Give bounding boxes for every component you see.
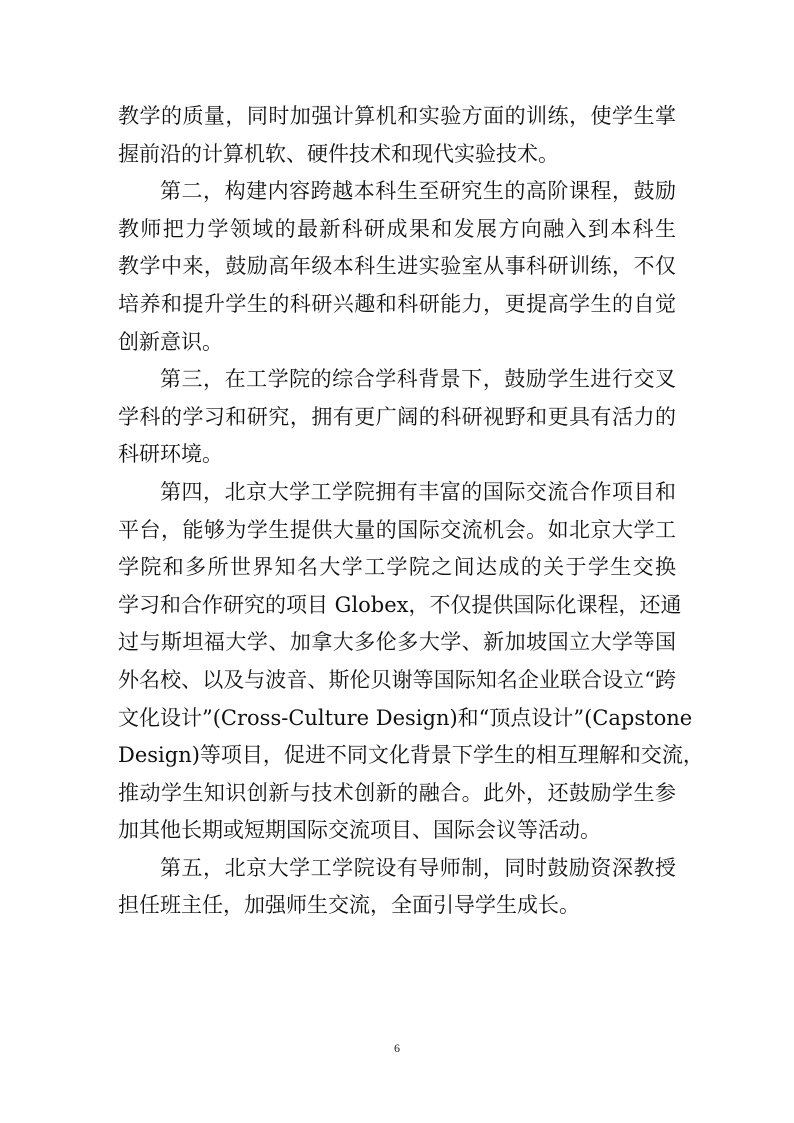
text-line: 教学中来，鼓励高年级本科生进实验室从事科研训练，不仅: [118, 248, 676, 286]
text-line: 第四，北京大学工学院拥有丰富的国际交流合作项目和: [118, 474, 676, 512]
text-line: 学习和合作研究的项目 Globex，不仅提供国际化课程，还通: [118, 587, 676, 625]
text-line: 握前沿的计算机软、硬件技术和现代实验技术。: [118, 136, 676, 174]
text-line: 培养和提升学生的科研兴趣和科研能力，更提高学生的自觉: [118, 286, 676, 324]
text-line: 教学的质量，同时加强计算机和实验方面的训练，使学生掌: [118, 98, 676, 136]
text-line: Design)等项目，促进不同文化背景下学生的相互理解和交流，: [118, 737, 676, 775]
body-text: 教学的质量，同时加强计算机和实验方面的训练，使学生掌 握前沿的计算机软、硬件技术…: [118, 98, 676, 925]
text-line: 创新意识。: [118, 324, 676, 362]
page-number: 6: [0, 1041, 794, 1056]
text-line: 平台，能够为学生提供大量的国际交流机会。如北京大学工: [118, 512, 676, 550]
paragraph-fourth: 第四，北京大学工学院拥有丰富的国际交流合作项目和 平台，能够为学生提供大量的国际…: [118, 474, 676, 850]
text-line: 文化设计”(Cross-Culture Design)和“顶点设计”(Capst…: [118, 700, 676, 738]
text-line: 推动学生知识创新与技术创新的融合。此外，还鼓励学生参: [118, 775, 676, 813]
paragraph-fifth: 第五，北京大学工学院设有导师制，同时鼓励资深教授 担任班主任，加强师生交流，全面…: [118, 850, 676, 925]
text-line: 第三，在工学院的综合学科背景下，鼓励学生进行交叉: [118, 361, 676, 399]
text-line: 外名校、以及与波音、斯伦贝谢等国际知名企业联合设立“跨: [118, 662, 676, 700]
text-line: 科研环境。: [118, 436, 676, 474]
text-line: 担任班主任，加强师生交流，全面引导学生成长。: [118, 887, 676, 925]
text-line: 第二，构建内容跨越本科生至研究生的高阶课程，鼓励: [118, 173, 676, 211]
text-line: 过与斯坦福大学、加拿大多伦多大学、新加坡国立大学等国: [118, 624, 676, 662]
text-line: 学院和多所世界知名大学工学院之间达成的关于学生交换: [118, 549, 676, 587]
text-line: 学科的学习和研究，拥有更广阔的科研视野和更具有活力的: [118, 399, 676, 437]
text-line: 加其他长期或短期国际交流项目、国际会议等活动。: [118, 812, 676, 850]
paragraph-second: 第二，构建内容跨越本科生至研究生的高阶课程，鼓励 教师把力学领域的最新科研成果和…: [118, 173, 676, 361]
document-page: 教学的质量，同时加强计算机和实验方面的训练，使学生掌 握前沿的计算机软、硬件技术…: [0, 0, 794, 1123]
paragraph-third: 第三，在工学院的综合学科背景下，鼓励学生进行交叉 学科的学习和研究，拥有更广阔的…: [118, 361, 676, 474]
text-line: 第五，北京大学工学院设有导师制，同时鼓励资深教授: [118, 850, 676, 888]
paragraph-intro-continued: 教学的质量，同时加强计算机和实验方面的训练，使学生掌 握前沿的计算机软、硬件技术…: [118, 98, 676, 173]
text-line: 教师把力学领域的最新科研成果和发展方向融入到本科生: [118, 211, 676, 249]
